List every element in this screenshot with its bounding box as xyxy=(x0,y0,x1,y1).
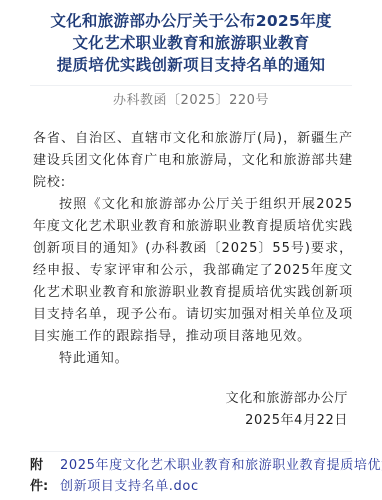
notice-page: 文化和旅游部办公厅关于公布2025年度 文化艺术职业教育和旅游职业教育 提质培优… xyxy=(0,0,382,500)
title-line-3: 提质培优实践创新项目支持名单的通知 xyxy=(0,54,382,76)
issuer-name: 文化和旅游部办公厅 xyxy=(226,388,348,410)
title-line-2: 文化艺术职业教育和旅游职业教育 xyxy=(0,32,382,54)
attachment-label-line-2: 件: xyxy=(30,476,60,497)
attachment-link[interactable]: 2025年度文化艺术职业教育和旅游职业教育提质培优实践创新项目支持名单.doc xyxy=(60,455,382,500)
attachment-divider xyxy=(30,451,352,452)
notice-body: 各省、自治区、直辖市文化和旅游厅(局)，新疆生产建设兵团文化体育广电和旅游局，文… xyxy=(33,128,353,370)
attachment-label-line-1: 附 xyxy=(30,455,60,476)
closing-line: 特此通知。 xyxy=(33,348,353,370)
document-number: 办科教函〔2025〕220号 xyxy=(0,91,382,111)
issue-date: 2025年4月22日 xyxy=(226,410,348,432)
title-line-1: 文化和旅游部办公厅关于公布2025年度 xyxy=(0,10,382,32)
notice-title: 文化和旅游部办公厅关于公布2025年度 文化艺术职业教育和旅游职业教育 提质培优… xyxy=(0,10,382,76)
signature-block: 文化和旅游部办公厅 2025年4月22日 xyxy=(226,388,348,432)
attachment-row: 附 件: 2025年度文化艺术职业教育和旅游职业教育提质培优实践创新项目支持名单… xyxy=(30,455,382,500)
salutation: 各省、自治区、直辖市文化和旅游厅(局)，新疆生产建设兵团文化体育广电和旅游局，文… xyxy=(33,128,353,194)
attachment-label: 附 件: xyxy=(30,455,60,500)
body-paragraph: 按照《文化和旅游部办公厅关于组织开展2025年度文化艺术职业教育和旅游职业教育提… xyxy=(33,194,353,348)
title-divider xyxy=(30,85,352,86)
